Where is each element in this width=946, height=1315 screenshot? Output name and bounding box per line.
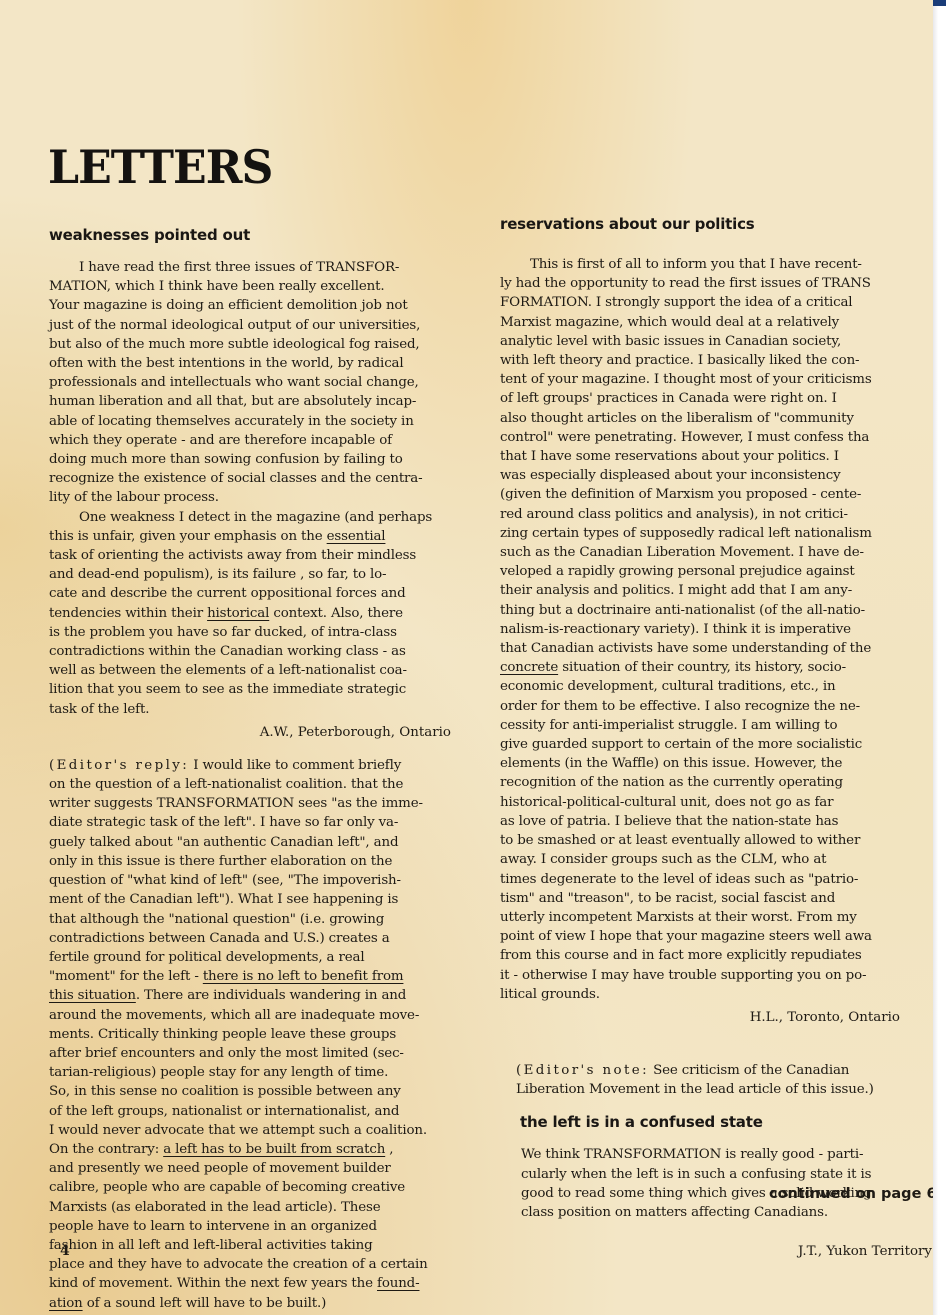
text-line: and dead-end populism), is its failure ,… xyxy=(49,565,489,584)
text-line: Liberation Movement in the lead article … xyxy=(516,1080,932,1099)
text-line: this situation. There are individuals wa… xyxy=(49,986,489,1005)
editor-note-text: (Editor's note: See criticism of the Can… xyxy=(516,1061,932,1099)
text-line: economic development, cultural tradition… xyxy=(500,677,932,696)
letter-heading: weaknesses pointed out xyxy=(49,226,489,244)
text-line: that I have some reservations about your… xyxy=(500,447,932,466)
text-line: it - otherwise I may have trouble suppor… xyxy=(500,966,932,985)
text-line: as love of patria. I believe that the na… xyxy=(500,812,932,831)
text-line: with left theory and practice. I basical… xyxy=(500,351,932,370)
letter-body: This is first of all to inform you that … xyxy=(500,255,932,1004)
text-line: fashion in all left and left-liberal act… xyxy=(49,1236,489,1255)
text-line: just of the normal ideological output of… xyxy=(49,316,489,335)
text-line: often with the best intentions in the wo… xyxy=(49,354,489,373)
text-line: professionals and intellectuals who want… xyxy=(49,373,489,392)
text-line: This is first of all to inform you that … xyxy=(500,255,932,274)
text-line: Your magazine is doing an efficient demo… xyxy=(49,296,489,315)
text-line: order for them to be effective. I also r… xyxy=(500,697,932,716)
text-line: "moment" for the left - there is no left… xyxy=(49,967,489,986)
text-line: litical grounds. xyxy=(500,985,932,1004)
text-line: guely talked about "an authentic Canadia… xyxy=(49,833,489,852)
text-line: recognize the existence of social classe… xyxy=(49,469,489,488)
text-line: diate strategic task of the left". I hav… xyxy=(49,813,489,832)
text-line: also thought articles on the liberalism … xyxy=(500,409,932,428)
text-line: from this course and in fact more explic… xyxy=(500,946,932,965)
underlined-phrase: a left has to be built from scratch xyxy=(163,1142,385,1157)
text-line: people have to learn to intervene in an … xyxy=(49,1217,489,1236)
underlined-phrase: essential xyxy=(327,529,386,544)
text-line: is the problem you have so far ducked, o… xyxy=(49,623,489,642)
text-line: recognition of the nation as the current… xyxy=(500,773,932,792)
text-line: human liberation and all that, but are a… xyxy=(49,392,489,411)
text-line: calibre, people who are capable of becom… xyxy=(49,1178,489,1197)
text-line: to be smashed or at least eventually all… xyxy=(500,831,932,850)
letter-paragraph: This is first of all to inform you that … xyxy=(500,255,932,1004)
text-line: but also of the much more subtle ideolog… xyxy=(49,335,489,354)
text-line: that Canadian activists have some unders… xyxy=(500,639,932,658)
text-line: ation of a sound left will have to be bu… xyxy=(49,1294,489,1313)
letter-body: We think TRANSFORMATION is really good -… xyxy=(500,1145,932,1222)
text-line: tarian-religious) people stay for any le… xyxy=(49,1063,489,1082)
text-line: We think TRANSFORMATION is really good -… xyxy=(521,1145,932,1164)
text-line: around the movements, which all are inad… xyxy=(49,1006,489,1025)
text-line: on the question of a left-nationalist co… xyxy=(49,775,489,794)
text-line: after brief encounters and only the most… xyxy=(49,1044,489,1063)
text-line: MATION, which I think have been really e… xyxy=(49,277,489,296)
magazine-page: LETTERS weaknesses pointed out I have re… xyxy=(0,0,933,1315)
text-line: (given the definition of Marxism you pro… xyxy=(500,485,932,504)
text-line: elements (in the Waffle) on this issue. … xyxy=(500,754,932,773)
text-line: of left groups' practices in Canada were… xyxy=(500,389,932,408)
letter-signature: H.L., Toronto, Ontario xyxy=(500,1008,932,1027)
text-line: place and they have to advocate the crea… xyxy=(49,1255,489,1274)
underlined-phrase: there is no left to benefit from xyxy=(203,969,404,984)
text-line: contradictions within the Canadian worki… xyxy=(49,642,489,661)
text-line: I have read the first three issues of TR… xyxy=(49,258,489,277)
text-line: utterly incompetent Marxists at their wo… xyxy=(500,908,932,927)
text-line: of the left groups, nationalist or inter… xyxy=(49,1102,489,1121)
letter-signature: A.W., Peterborough, Ontario xyxy=(49,723,489,742)
right-column: reservations about our politics This is … xyxy=(500,215,932,1261)
text-line: point of view I hope that your magazine … xyxy=(500,927,932,946)
text-line: Marxists (as elaborated in the lead arti… xyxy=(49,1198,489,1217)
text-line: well as between the elements of a left-n… xyxy=(49,661,489,680)
underlined-phrase: ation xyxy=(49,1296,83,1311)
text-line: tism" and "treason", to be racist, socia… xyxy=(500,889,932,908)
page-number: 4 xyxy=(60,1243,70,1259)
text-line: ments. Critically thinking people leave … xyxy=(49,1025,489,1044)
text-line: times degenerate to the level of ideas s… xyxy=(500,870,932,889)
editor-reply-text: (Editor's reply: I would like to comment… xyxy=(49,756,489,1313)
text-line: (Editor's reply: I would like to comment… xyxy=(49,756,489,775)
text-line: able of locating themselves accurately i… xyxy=(49,412,489,431)
underlined-phrase: found- xyxy=(377,1276,419,1291)
text-line: So, in this sense no coalition is possib… xyxy=(49,1082,489,1101)
underlined-phrase: historical xyxy=(207,606,269,621)
text-line: lity of the labour process. xyxy=(49,488,489,507)
text-line: such as the Canadian Liberation Movement… xyxy=(500,543,932,562)
text-line: their analysis and politics. I might add… xyxy=(500,581,932,600)
editor-note-label: (Editor's note: xyxy=(516,1063,649,1078)
text-line: tendencies within their historical conte… xyxy=(49,604,489,623)
text-line: zing certain types of supposedly radical… xyxy=(500,524,932,543)
editor-reply: (Editor's reply: I would like to comment… xyxy=(49,756,489,1313)
continued-note: continued on page 62 xyxy=(769,1186,946,1202)
text-line: cate and describe the current opposition… xyxy=(49,584,489,603)
text-line: control" were penetrating. However, I mu… xyxy=(500,428,932,447)
text-line: this is unfair, given your emphasis on t… xyxy=(49,527,489,546)
underlined-phrase: concrete xyxy=(500,660,558,675)
text-line: Marxist magazine, which would deal at a … xyxy=(500,313,932,332)
letter-heading: the left is in a confused state xyxy=(500,1113,932,1131)
letter-signature: J.T., Yukon Territory xyxy=(500,1242,932,1261)
text-line: and presently we need people of movement… xyxy=(49,1159,489,1178)
text-line: which they operate - and are therefore i… xyxy=(49,431,489,450)
text-line: give guarded support to certain of the m… xyxy=(500,735,932,754)
scanner-edge-mark xyxy=(933,0,946,6)
text-line: fertile ground for political development… xyxy=(49,948,489,967)
text-line: question of "what kind of left" (see, "T… xyxy=(49,871,489,890)
text-line: away. I consider groups such as the CLM,… xyxy=(500,850,932,869)
text-line: (Editor's note: See criticism of the Can… xyxy=(516,1061,932,1080)
text-line: veloped a rapidly growing personal preju… xyxy=(500,562,932,581)
text-line: only in this issue is there further elab… xyxy=(49,852,489,871)
text-line: thing but a doctrinaire anti-nationalist… xyxy=(500,601,932,620)
letter-paragraph: One weakness I detect in the magazine (a… xyxy=(49,508,489,719)
text-line: red around class politics and analysis),… xyxy=(500,505,932,524)
text-line: nalism-is-reactionary variety). I think … xyxy=(500,620,932,639)
text-line: task of orienting the activists away fro… xyxy=(49,546,489,565)
text-line: tent of your magazine. I thought most of… xyxy=(500,370,932,389)
text-line: kind of movement. Within the next few ye… xyxy=(49,1274,489,1293)
text-line: lition that you seem to see as the immed… xyxy=(49,680,489,699)
text-line: On the contrary: a left has to be built … xyxy=(49,1140,489,1159)
text-line: ment of the Canadian left"). What I see … xyxy=(49,890,489,909)
scanner-edge xyxy=(933,0,946,1315)
text-line: concrete situation of their country, its… xyxy=(500,658,932,677)
text-line: that although the "national question" (i… xyxy=(49,910,489,929)
editor-reply-label: (Editor's reply: xyxy=(49,758,189,773)
text-line: task of the left. xyxy=(49,700,489,719)
underlined-phrase: this situation xyxy=(49,988,136,1003)
text-line: class position on matters affecting Cana… xyxy=(521,1203,932,1222)
letter-paragraph: I have read the first three issues of TR… xyxy=(49,258,489,508)
text-line: cularly when the left is in such a confu… xyxy=(521,1165,932,1184)
text-line: One weakness I detect in the magazine (a… xyxy=(49,508,489,527)
section-title: LETTERS xyxy=(48,140,272,194)
left-column: weaknesses pointed out I have read the f… xyxy=(49,226,489,1313)
text-line: ly had the opportunity to read the first… xyxy=(500,274,932,293)
text-line: FORMATION. I strongly support the idea o… xyxy=(500,293,932,312)
text-line: I would never advocate that we attempt s… xyxy=(49,1121,489,1140)
editor-note: (Editor's note: See criticism of the Can… xyxy=(500,1061,932,1099)
text-line: doing much more than sowing confusion by… xyxy=(49,450,489,469)
text-line: contradictions between Canada and U.S.) … xyxy=(49,929,489,948)
letter-heading: reservations about our politics xyxy=(500,215,932,233)
text-line: analytic level with basic issues in Cana… xyxy=(500,332,932,351)
letter-paragraph: We think TRANSFORMATION is really good -… xyxy=(521,1145,932,1222)
text-line: was especially displeased about your inc… xyxy=(500,466,932,485)
letter-body: I have read the first three issues of TR… xyxy=(49,258,489,719)
text-line: writer suggests TRANSFORMATION sees "as … xyxy=(49,794,489,813)
text-line: historical-political-cultural unit, does… xyxy=(500,793,932,812)
text-line: cessity for anti-imperialist struggle. I… xyxy=(500,716,932,735)
